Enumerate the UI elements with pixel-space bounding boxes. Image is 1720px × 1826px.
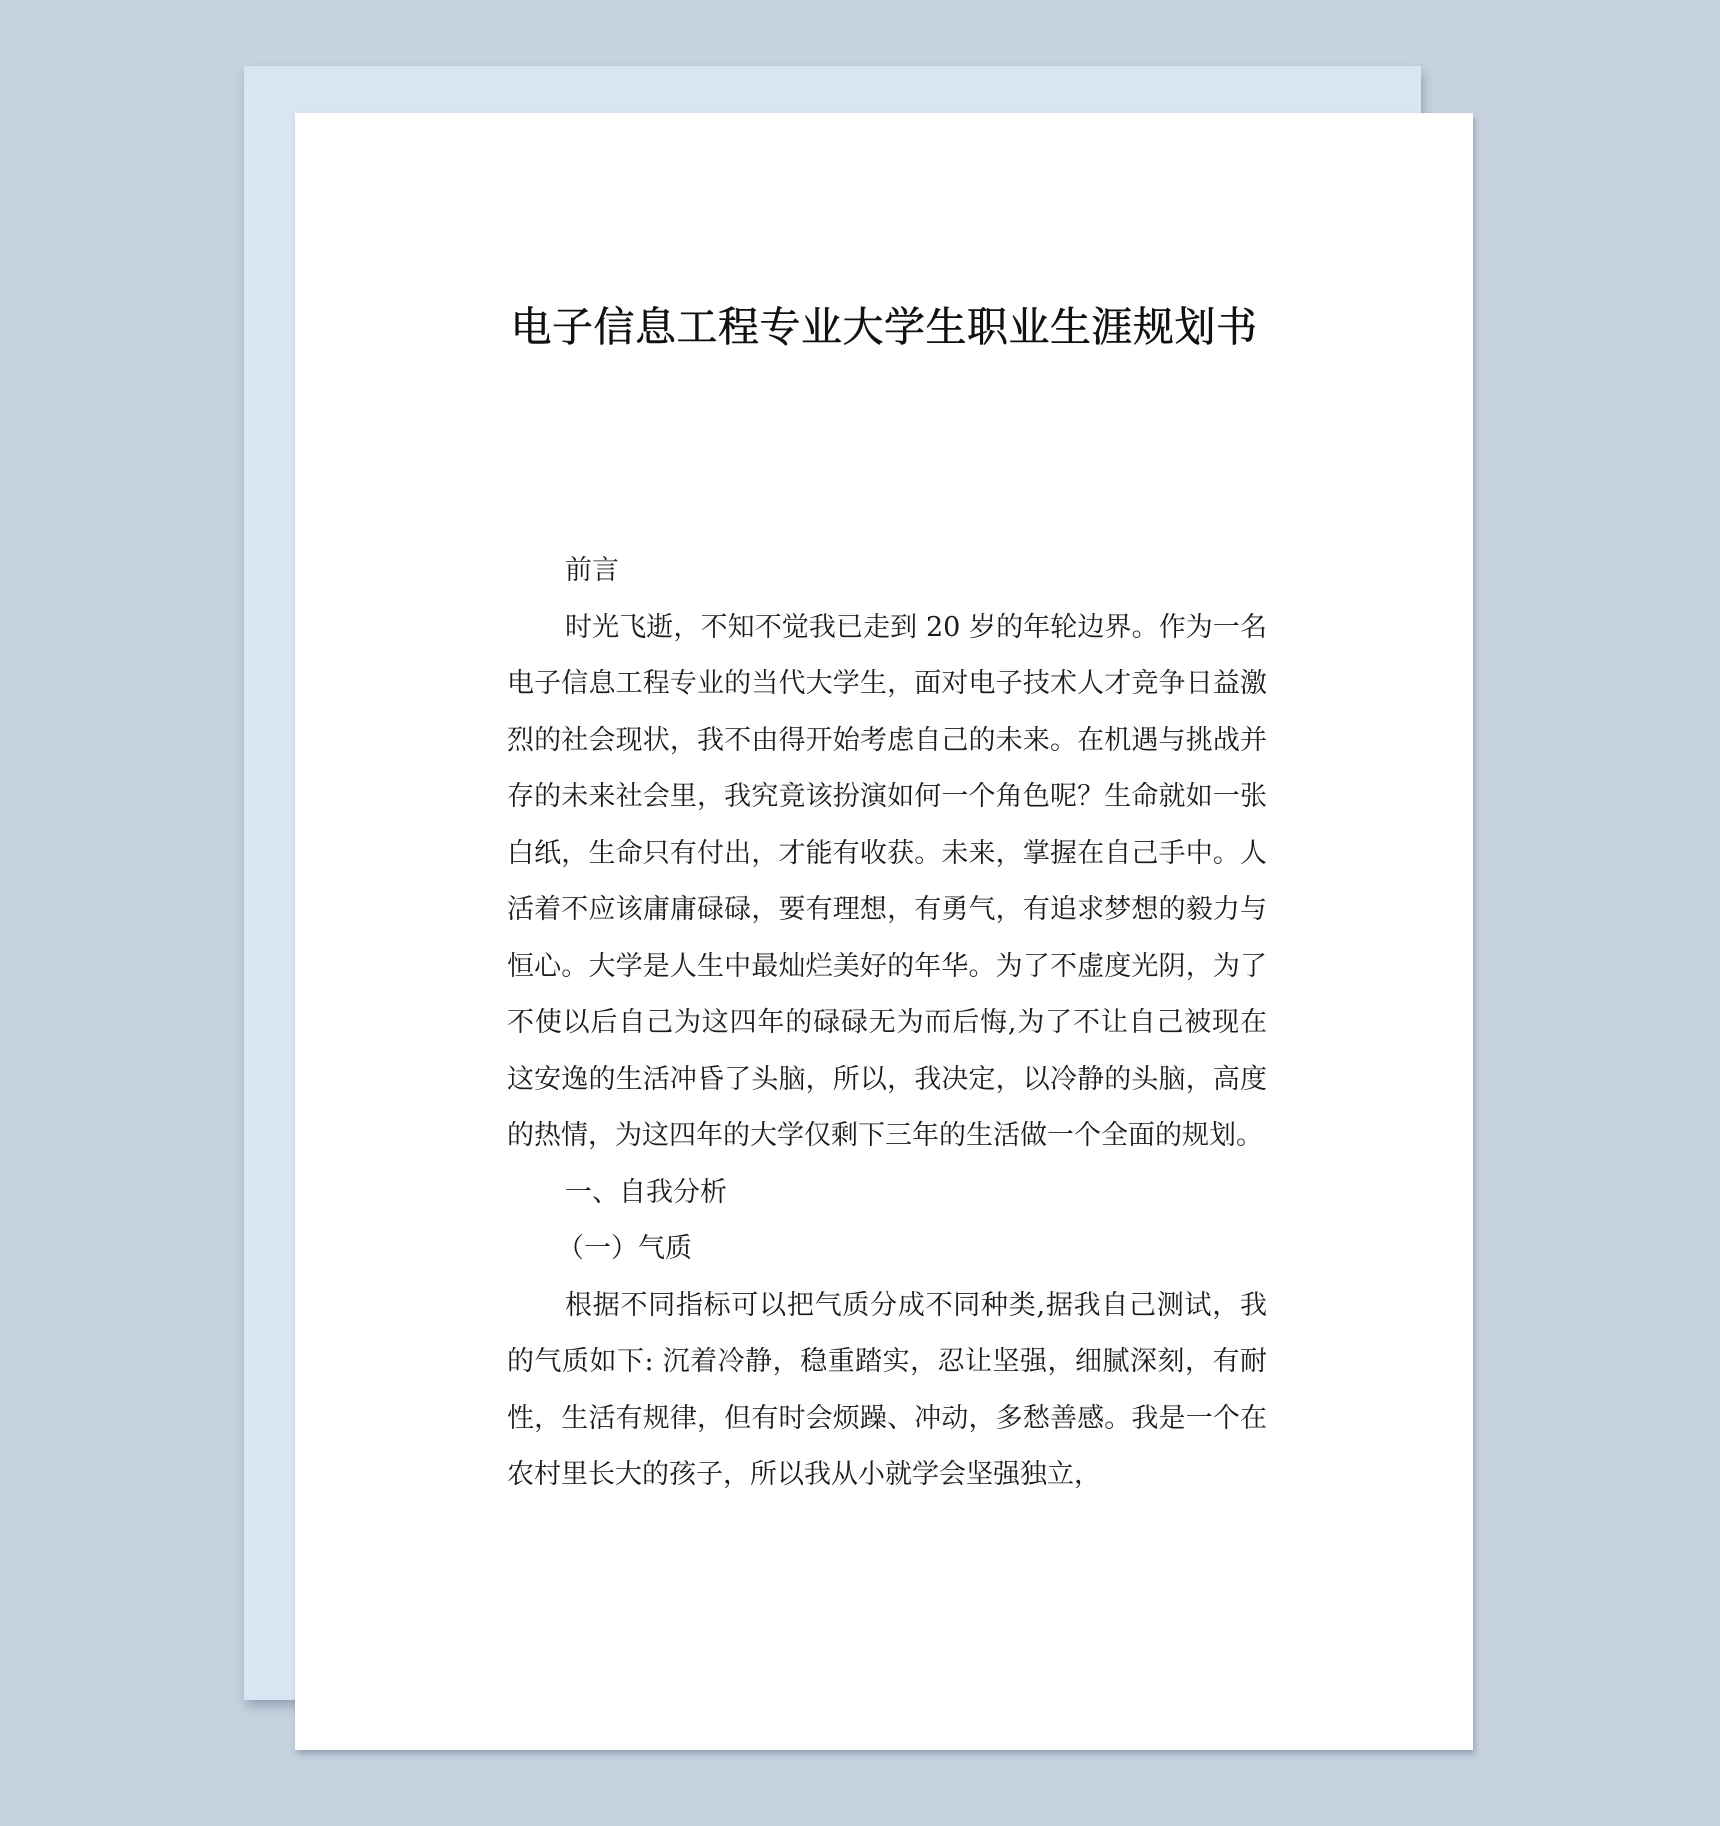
document-body: 前言 时光飞逝，不知不觉我已走到 20 岁的年轮边界。作为一名电子信息工程专业的…: [507, 543, 1267, 1504]
subsection-heading-temperament: （一）气质: [507, 1221, 1267, 1278]
section-heading-self-analysis: 一、自我分析: [507, 1165, 1267, 1222]
paragraph-temperament: 根据不同指标可以把气质分成不同种类,据我自己测试，我的气质如下: 沉着冷静，稳重…: [507, 1278, 1267, 1504]
section-heading-preface: 前言: [507, 543, 1267, 600]
document-page: 电子信息工程专业大学生职业生涯规划书 前言 时光飞逝，不知不觉我已走到 20 岁…: [295, 113, 1473, 1750]
document-title: 电子信息工程专业大学生职业生涯规划书: [504, 298, 1264, 356]
paragraph-preface: 时光飞逝，不知不觉我已走到 20 岁的年轮边界。作为一名电子信息工程专业的当代大…: [507, 600, 1267, 1165]
